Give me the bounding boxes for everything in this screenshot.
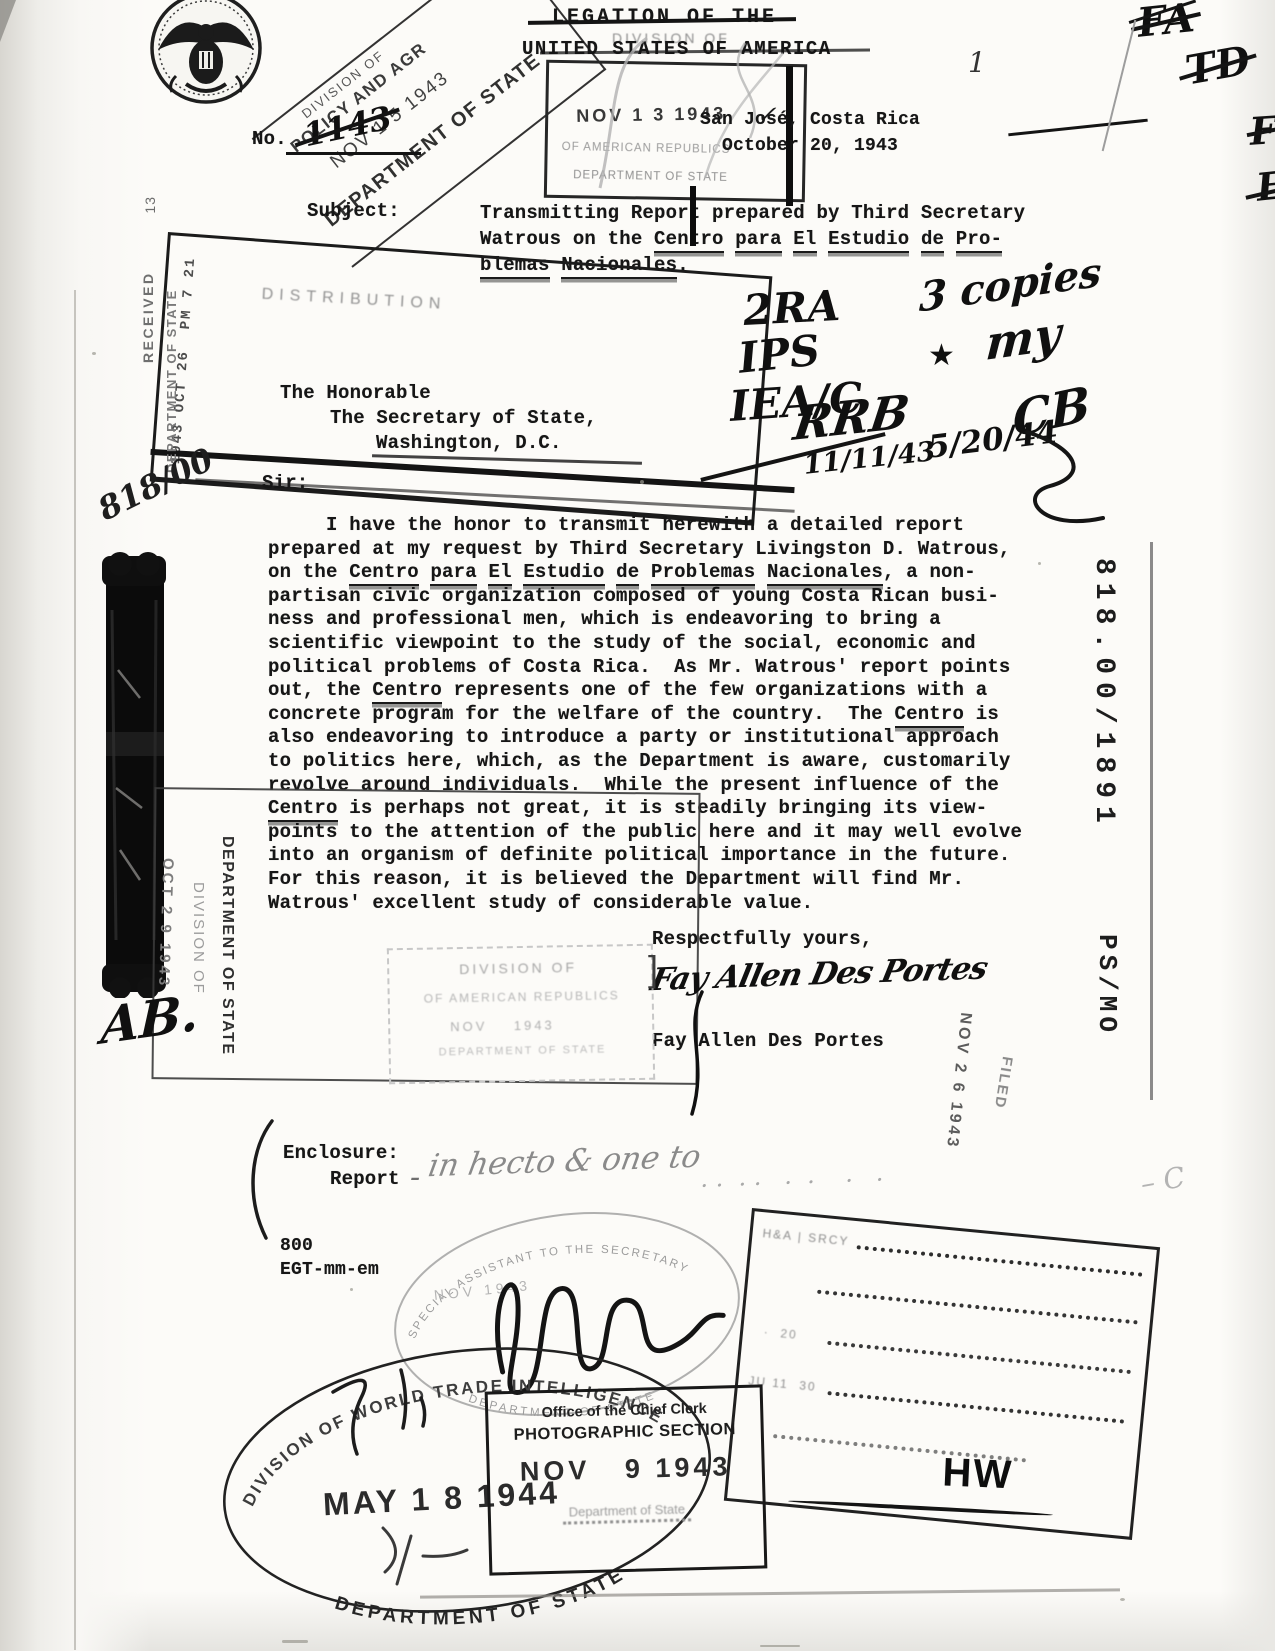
received-word: RECEIVED <box>140 238 156 363</box>
subject-label: Subject: <box>307 200 400 222</box>
salutation: Sir: <box>262 472 308 494</box>
scan-fold-line <box>1150 542 1153 1100</box>
document-scan-page: DIVISION OF POLICY AND AGR NOV 1 5 1943 … <box>0 0 1275 1651</box>
enclosure-far-right-mark: – C <box>1138 1160 1187 1200</box>
photographic-section-stamp: Office of the Chief Clerk PHOTOGRAPHIC S… <box>485 1384 768 1575</box>
scan-diagonal-faint <box>1102 20 1137 151</box>
margin-code: PS/MO <box>1092 934 1122 1094</box>
margin-file-number: 818.00/1891 <box>1088 558 1119 878</box>
enclosure-trailing-marks: · · · · · · · · <box>700 1166 884 1200</box>
signature-descender <box>678 988 738 1118</box>
dateline-place: San José, Costa Rica <box>700 110 920 130</box>
routing-form-box: H&A | SRCY · 20 JU 11 30 HW <box>724 1208 1160 1540</box>
signature-typed: Fay Allen Des Portes <box>652 1030 884 1052</box>
faint-division-bracket: ] <box>648 948 658 990</box>
file-ref-initials: EGT-mm-em <box>280 1260 379 1280</box>
faint-division-stamp: DIVISION OF OF AMERICAN REPUBLICS NOV 19… <box>387 944 655 1085</box>
crossed-ea-c: EA/C <box>1254 154 1275 209</box>
crossed-f: F <box>1248 107 1275 154</box>
world-trade-handwriting-bottom <box>383 1528 467 1584</box>
dotted-leader <box>828 1377 1126 1423</box>
enclosure-dash: - <box>410 1160 420 1195</box>
photo-box-line2: PHOTOGRAPHIC SECTION <box>489 1419 761 1445</box>
crossed-f-long-line <box>1008 119 1148 137</box>
filed-date-vertical: NOV 2 6 1943 <box>940 1011 975 1172</box>
received-number: 13 <box>142 196 158 214</box>
dotted-leader <box>817 1276 1139 1325</box>
photo-box-date: NOV 9 1943 <box>489 1450 762 1488</box>
handwriting-2ra: 2RA <box>742 281 841 335</box>
great-seal-icon <box>146 0 266 112</box>
crossed-fa: FA <box>1135 0 1197 47</box>
received-stamp-inner: DISTRIBUTION <box>261 286 447 314</box>
scan-vertical-mark-2 <box>690 186 696 246</box>
dateline-date: October 20, 1943 <box>722 136 898 156</box>
handwriting-flourish <box>1015 420 1115 550</box>
scan-corner-mark <box>0 0 16 42</box>
handwriting-ips: IPS <box>736 325 822 382</box>
routing-form-row-label: H&A | SRCY <box>762 1226 850 1248</box>
dotted-leader <box>857 1231 1144 1276</box>
enclosure-paren <box>238 1118 298 1243</box>
faint-division-line1: DIVISION OF <box>459 958 651 977</box>
address-line-2: The Secretary of State, <box>330 407 597 429</box>
crossed-td: TD <box>1182 37 1254 94</box>
doc-number-underline <box>286 152 421 155</box>
photo-box-line4: Department of State <box>562 1501 691 1524</box>
division-left-dept: DEPARTMENT OF STATE <box>218 836 236 1076</box>
filed-label-vertical: FILED <box>985 1055 1016 1147</box>
faint-division-line3: NOV 1943 <box>450 1016 652 1035</box>
enclosure-label: Enclosure: <box>283 1142 399 1164</box>
photo-box-line1: Office of the Chief Clerk <box>488 1399 760 1422</box>
received-dept: DEPARTMENT OF STATE <box>164 205 179 473</box>
faint-division-line2: OF AMERICAN REPUBLICS <box>424 988 652 1006</box>
routing-form-initials: HW <box>942 1450 1015 1498</box>
address-line-1: The Honorable <box>280 382 431 404</box>
address-line-3: Washington, D.C. <box>376 432 562 454</box>
faint-division-line4: DEPARTMENT OF STATE <box>439 1043 653 1059</box>
handwriting-wy: my <box>984 306 1063 372</box>
enclosure-handwritten-note: in hecto & one to <box>426 1139 704 1185</box>
routing-form-row-label: · 20 <box>753 1324 799 1342</box>
one-mark: 1 <box>968 46 986 79</box>
enclosure-item: Report <box>330 1168 400 1190</box>
dotted-leader <box>827 1327 1133 1374</box>
scan-left-edge-line <box>74 290 76 1650</box>
doc-number-label: No. <box>252 128 287 150</box>
valediction: Respectfully yours, <box>652 928 872 950</box>
file-ref-number: 800 <box>280 1236 313 1256</box>
star-mark: ★ <box>928 338 955 373</box>
